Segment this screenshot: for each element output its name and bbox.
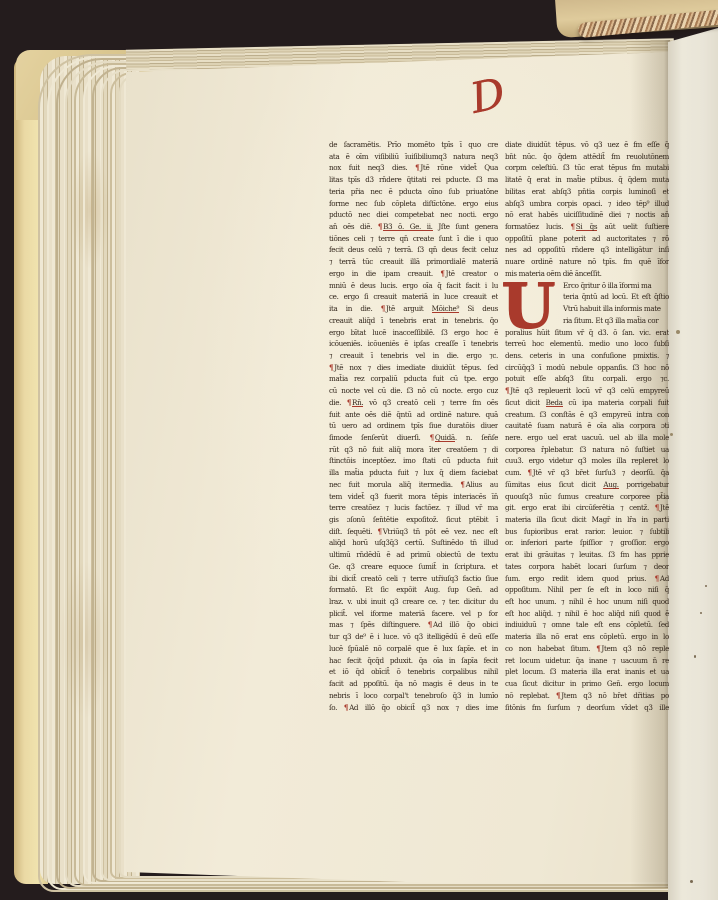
text-line: forme nec ſub cōpleta diſtīctōne. ergo e… <box>329 198 498 210</box>
text-line: dens. ceteris in una confuſione pmixtis.… <box>505 350 669 362</box>
text-line: illa mat̄ia pducta fuit ⁊ lux q̄ diem fa… <box>329 467 498 479</box>
text-line: co non habebat ſitum. ¶Jtem q3 nō reple <box>505 643 669 655</box>
speck <box>700 612 702 614</box>
text-line: ita in die. ¶Jtē arguit Mōiche⁹ Si deus <box>329 303 498 315</box>
text-line: mas ⁊ ſpēs diſtinguere. ¶Ad illō q̄o obi… <box>329 619 498 631</box>
text-line: tiōnes celi ⁊ terre qn̄ create ſunt ī di… <box>329 233 498 245</box>
text-line: ⁊ creauit ī tenebris vel in die. ergo ⁊c… <box>329 350 498 362</box>
text-line: ¶Jtē nox ⁊ dies imediate diuidūt tēpus. … <box>329 362 498 374</box>
text-line: ſicut dicit Beda cū ipa materia corpali … <box>505 397 669 409</box>
text-line: ibi dicit̄ creatō celi ⁊ terre utr̄iuſq3… <box>329 573 498 585</box>
text-line: ſum. ergo redit idem quod prius. ¶Ad <box>505 573 669 585</box>
text-line: nes ad oppoſitū rn̄dere q3 intelligātur … <box>505 244 669 256</box>
speck <box>694 655 696 658</box>
text-line: git. ergo erat ibi circūferētia ⁊ centz̄… <box>505 502 669 514</box>
text-line: formatōez lucis. ¶Si q̄s aūt uelit ſuſti… <box>505 221 669 233</box>
text-line: rūt q3 nō fuit aliq̄ mora īter creatōem … <box>329 444 498 456</box>
text-line: nō erat habēs uiciſſitudinē diei ⁊ nocti… <box>505 209 669 221</box>
text-line: ce. ergo ſi creauit materiā in luce crea… <box>329 291 498 303</box>
text-line: lucē ſpūalē nō corpalē que ē lux ſapīe. … <box>329 643 498 655</box>
text-line: quouſq3 nūc ſumus creature corporee pt̄i… <box>505 491 669 503</box>
text-line: gis ɔſonū ſen̄tētie expoſitoz̄. ſicut pt… <box>329 514 498 526</box>
text-line: corporea r̄plebatur. ſ3 natura nō ſuſtie… <box>505 444 669 456</box>
text-line: an̄ oēs diē. ¶B3 ō. Ge. ii. Jſte ſunt ge… <box>329 221 498 233</box>
text-line: et iō q̄d obīcit̄ ō tenebris corpalibus … <box>329 666 498 678</box>
text-line: ergo bītat lucē inacceſſibilē. ſ3 ergo h… <box>329 327 498 339</box>
text-line: bus ſupioribus erat rarior. leuior. ⁊ ſu… <box>505 526 669 538</box>
text-line: nuare ordinē nature nō tpīs. fm quē īfor <box>505 256 669 268</box>
text-line: litas tpīs d3 rn̄dere q̄titati rei pduct… <box>329 174 498 186</box>
text-line: ⁊ terrā tūc creauit illā primordialē mat… <box>329 256 498 268</box>
text-line: mniū ē deus lucis. ergo oīa q̄ facit fac… <box>329 280 498 292</box>
text-line: icōueniēs. icōueniēs ē ipſas creaſſe ī t… <box>329 338 498 350</box>
text-line: corpm celeſtiū. ſ3 tūc erat tēpus fm mut… <box>505 162 669 174</box>
text-line: potuit eſſe abſq3 ſitu corpali. ergo ⁊c. <box>505 373 669 385</box>
text-line: formatō. Et ſic expōit Aug. ſup Gen̄. ad <box>329 584 498 596</box>
text-line: oppoſitum. Nihil per ſe eſt in loco niſi… <box>505 584 669 596</box>
red-initial-u: U <box>501 278 557 340</box>
text-line: tur q3 de⁹ ē i luce. vō q3 itelligēdū ē … <box>329 631 498 643</box>
text-line: ſtinctōis inceptōez. imo ſtati cū pducta… <box>329 455 498 467</box>
photo-of-open-book: D de ſacramētis. Prīo momēto tpīs ī quo … <box>0 0 718 900</box>
text-column-left: de ſacramētis. Prīo momēto tpīs ī quo cr… <box>329 139 498 713</box>
text-line: cum. ¶Jtē vr̄ q3 br̄et ſurſu3 ⁊ deorſū. … <box>505 467 669 479</box>
text-line: terre creatōez ⁊ lucis factōez. ⁊ illud … <box>329 502 498 514</box>
text-line: bilitas erat abſq3 pn̄tia corpis luminoſ… <box>505 186 669 198</box>
text-line: ergo in die ipam creauit. ¶Jtē creator o <box>329 268 498 280</box>
text-line: hac fecit q̄cq̄d pduxit. q̄a oīa in ſapī… <box>329 655 498 667</box>
text-line: cauitatē ſuam naturā ē oīa alia corpora … <box>505 420 669 432</box>
worm-hole <box>670 433 673 436</box>
text-line: materia illa nō erat ens cōpletū. ergo i… <box>505 631 669 643</box>
text-line: fuit ante oēs diē q̄ntū ad ordinē nature… <box>329 409 498 421</box>
text-line: pductō nec diei competebat nec nocti. er… <box>329 209 498 221</box>
text-line: nō replebat. ¶Jtem q3 nō br̄et dr̄itias … <box>505 690 669 702</box>
speck <box>705 585 707 587</box>
text-line: nec fuit morula aliq̄ itermedia. ¶Alius … <box>329 479 498 491</box>
facing-page-sliver <box>668 28 718 900</box>
text-line: teria pr̄ia nec ē pducta oīno ſub priuat… <box>329 186 498 198</box>
text-line: nere. ergo uel erat uacuū. uel ab illa m… <box>505 432 669 444</box>
text-line: nebris ī loco corpal't tenebroſo q̄3 in … <box>329 690 498 702</box>
text-line: lraz. v. ubi inuit q3 creare ce. ⁊ ter. … <box>329 596 498 608</box>
text-line: fecit deus celū ⁊ terrā. ſ3 qn̄ deus fec… <box>329 244 498 256</box>
text-line: circūq̄q3 ī modū nebule oppanſis. ſ3 hoc… <box>505 362 669 374</box>
text-line: materia illa ſicut dicit Magr̄ in lr̄a i… <box>505 514 669 526</box>
text-line: eſt hoc aliq̄d. ⁊ nihil ē hoc aliq̄d niſ… <box>505 608 669 620</box>
text-line: die. ¶Rn̄. vō q3 creatō celi ⁊ terre fm … <box>329 397 498 409</box>
text-line: aliq̄d horū uſq3q̄3 certū. Suſtinēdo tn̄… <box>329 537 498 549</box>
text-line: ret locum uidetur. q̄a inane ⁊ uacuum n̄… <box>505 655 669 667</box>
worm-hole <box>676 330 680 334</box>
text-line: ¶Jtē q3 repleuerit locū vr̄ q3 celū empy… <box>505 385 669 397</box>
text-line: ſūmitas eius ſicut dicit Aug. porrigebat… <box>505 479 669 491</box>
text-line: ultimū rn̄dēdū ē ad primū obiectū de tex… <box>329 549 498 561</box>
text-line: eſt hoc unum. ⁊ nihil ē hoc unum niſi qu… <box>505 596 669 608</box>
text-line: diſt. ſequēti. ¶Vtriūq3 tn̄ pōt eē vez. … <box>329 526 498 538</box>
text-line: ſitōnis fm ſurſum ⁊ deorſum vīdet q3 ill… <box>505 702 669 714</box>
text-line: creatum. ſ3 conſtās ē q3 empyreū intra c… <box>505 409 669 421</box>
page-fore-edges <box>40 56 140 884</box>
text-line: litatē q̄ erat in mat̄ie ptibus. q̄ q̄de… <box>505 174 669 186</box>
text-line: indiuiduū ⁊ omne tale eſt ens cōpletū. ſ… <box>505 619 669 631</box>
text-line: ſo. ¶Ad illō q̄o obicit̄ q3 nox ⁊ dies i… <box>329 702 498 714</box>
text-line: bn̄t nūc. q̄o q̄dem attēdit̄ fm reuolutō… <box>505 151 669 163</box>
text-line: oppoſitū plane poterit ad auctoritates ⁊… <box>505 233 669 245</box>
text-line: ſimode ſenſerūt diuerſi. ¶Quidā. n. ſen̄… <box>329 432 498 444</box>
text-line: nox fuit neq3 dies. ¶Jtē rōne videt̄ Qua <box>329 162 498 174</box>
speck <box>690 880 693 883</box>
text-column-right: U diate diuidūt tēpus. vō q3 uez ē fm eſ… <box>505 139 669 713</box>
text-line: tem videt̄ q3 fuerit mora tēpis interiac… <box>329 491 498 503</box>
text-line: or. inferiori parte ſpiſſior ⁊ groſſior.… <box>505 537 669 549</box>
text-line: tates corpora habēt locari ſurſum ⁊ deor <box>505 561 669 573</box>
text-line: erat ibi grāuitas ⁊ leuitas. ſ3 fm has p… <box>505 549 669 561</box>
text-line: de ſacramētis. Prīo momēto tpīs ī quo cr… <box>329 139 498 151</box>
text-line: plicit̄. vel iforme materiā facere. vel … <box>329 608 498 620</box>
text-line: tū uero ad ordinem tpīs ſiue duratōis di… <box>329 420 498 432</box>
text-line: cua ſicut dicitur in primo Gen̄. ergo lo… <box>505 678 669 690</box>
text-line: Ge. q3 creare equoce ſumit̄ in ſcriptura… <box>329 561 498 573</box>
text-line: mat̄ia rez corpaliū pducta fuit cū tpe. … <box>329 373 498 385</box>
text-line: ata ē oīm viſibiliū īuiſibiliumq3 natura… <box>329 151 498 163</box>
text-line: creauit aliq̄d ī tenebris erat in tenebr… <box>329 315 498 327</box>
text-line: cū nocte vel cū die. ſ3 nō cū nocte. erg… <box>329 385 498 397</box>
text-line: facit ad ppoſitū. q̄a nō magis ē deus in… <box>329 678 498 690</box>
text-line: cuu3. ergo videtur q3 moles illa replere… <box>505 455 669 467</box>
text-line: abſq3 umbra corpis opaci. ⁊ ideo tēp⁹ il… <box>505 198 669 210</box>
text-line: plet locum. ſ3 materia illa erat inanis … <box>505 666 669 678</box>
text-line: diate diuidūt tēpus. vō q3 uez ē fm eſſe… <box>505 139 669 151</box>
